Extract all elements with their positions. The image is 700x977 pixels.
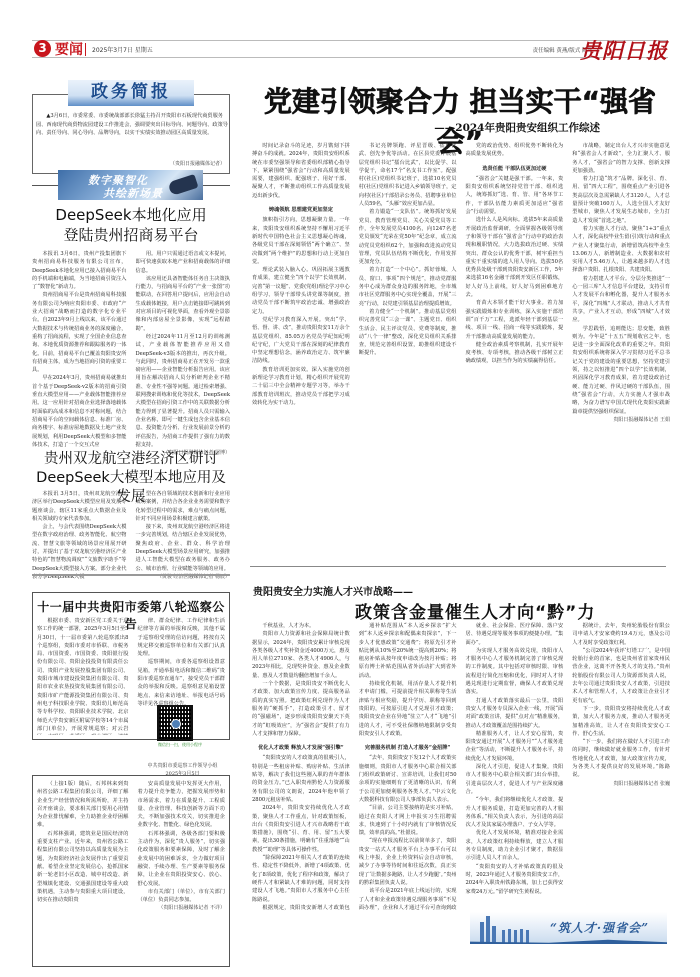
notice-signer: 中共贵阳市委巡察工作领导小组 [140,762,225,770]
paragraph: 着力健全“一个机制”。推动基层党组织完善党员“三会一课”、主题党日、组织生活会、… [359,308,457,358]
paragraph: 用。用户只需通过语音或文本提问，即可快速获取本地产业和招商载体的详细信息。 [136,250,231,275]
paragraph: “强省会”关键是强干部。一年来，贵阳贵安组织系统坚持党管干部、组织选人，统筹抓好… [466,175,564,216]
article1-title-line2: 登陆贵州招商易平台 [32,225,230,245]
page-number-badge: 3 [34,40,51,57]
page-header: 3 要闻 2025年3月7日 星期五 责任编辑 黄燕/版式 陈军 贵阳日报 [32,40,668,58]
subheading: 完善服务机制 打造人才服务“金招牌” [359,744,457,752]
person-icon [508,929,511,944]
paragraph: 旗帜指引方向，思想凝聚力量。一年来，贵阳贵安组织系统坚持不懈用习近平新时代中国特… [252,216,350,266]
paragraph: 通补贴范围从“本人返乡探亲”扩大到“本人返乡探亲和配偶来贵探亲”，下一步人才优惠… [359,622,457,680]
continuation-body: （上接1版）随后，石邦林来到贵州省公路工程集团有限公司，详细了解企业生产经营情况… [37,780,225,962]
main-col4: 市战略，制定出台人才兴市实施意见和“强省会人才新政”，全力汇聚人才、服务人才，“… [572,142,670,554]
person-icon [514,930,517,944]
paragraph: 千秋基业，人才为本。 [252,622,350,630]
building-icon [492,926,496,944]
qr-code[interactable] [157,705,193,741]
article1-col2: 用。用户只需通过语音或文本提问，即可快速获取本地产业和招商载体的详细信息。 该应… [136,250,231,457]
paragraph: 会上，与会代表围绕DeepSeek大模型在数字政府治理、政务智能化、航空物流、智… [32,523,127,581]
paragraph: 一个个数据，是贵阳贵安不断优化人才政策、加大政策宣传力度、提高服务品质的真实写照… [252,680,350,738]
person-icon [526,930,529,944]
paragraph: 持续优化机制，用活存量人才提升机才申请门槛，可提前提升相关职称等生活津贴与相应奖… [359,680,457,738]
main-col3: 党的政治优势、组织优势不断转化为高质量发展优势。 选贤任能 干部队伍更加过硬 “… [466,142,564,554]
article1-headline: DeepSeek本地化应用 登陆贵州招商易平台 [32,205,230,245]
brief-banner: 政务简报 [68,80,194,106]
paragraph: 为实现人才服务高效兑现，贵阳市人才服务中心人才服务机制完善了审核兑现的工作制度。… [466,647,564,697]
talent-article-credit: 贵阳日报融媒体记者 张巍 [572,780,670,788]
section-divider [85,43,86,56]
paragraph: 经过2024年11月至12月的训练测试，产业载体智能推荐应用又借DeepSeek… [136,333,231,449]
newspaper-logo: 贵阳日报 [580,35,668,65]
paragraph: “目前，公司主要接纳的是实习补贴，通过在贵阳人才网上申报实习生招聘需求，快速到了… [359,804,457,837]
paragraph: 育苗大本领才能干好大事业。着力加强实践锻炼和专业训练，深入实施干部培训“百千万”… [466,299,564,340]
paragraph: （上接1版）随后，石邦林来到贵州省公路工程集团有限公司，详细了解企业生产经营情况… [37,780,128,830]
paragraph: 石邦林强调，建筑业是国民经济的重要支柱产业。近年来，贵州省公路工程集团有限公司坚… [37,830,128,905]
building-icon [480,922,484,944]
paragraph: 学思践悟，追则能达；思变能，致胜则为。今年是“十五五”规划收官之年，也是进一步全… [572,325,670,416]
article2-col2: 型在各自领域的技术创新和行业应用成功案例，并结合各企业业务需要和数字化转型过程中… [136,490,231,581]
paragraph: 着力实施人才行动。聚焦“1+3”重点人才，深化高校毕业生留(引)筑行动和重点产业… [572,225,670,275]
article1-title-line1: DeepSeek本地化应用 [32,205,230,225]
main-article-credit: 贵阳日报融媒体记者 王娟 [572,416,670,424]
main-col2: 书记亮牌领跑、评星晋级、擂台比武、创先争优等活动。在区县党委开展基层党组织书记“… [359,142,457,554]
article1-body: 本报讯 3月6日，贵州产投集团旗下贵州招商易科技服务有限公司宣布，DeepSee… [32,250,230,457]
paragraph: 据统计，去年，贵州轮胎股份有限公司申请人才安家费约19.4万元，惠及公司人才及时… [572,622,670,647]
paragraph: “现在申报流程比以前简单多了，贵阳贵安一站式人才服务平台上办事平台可以线上申报，… [359,837,457,887]
section-name: 要闻 [55,39,83,59]
article2-title-line1: 贵州双龙航空港经济区研讨 [32,450,230,469]
paragraph: 书记亮牌领跑、评星晋级、擂台比武、创先争优等活动。在区县党委开展基层党组织书记“… [359,142,457,208]
paragraph: 精准服务人才，让人才安心留筑，贵阳贵安通过开展“人才服务月”“人才服务进企业”等… [466,730,564,763]
paragraph: 党的政治优势、组织优势不断转化为高质量发展优势。 [466,142,564,159]
paragraph: 时间记录奋斗的足迹，岁月镌刻下拼搏奋斗的成就。2024年，贵阳贵安组织系统在市委… [252,142,350,200]
qr-caption: 微信扫一扫，使用小程序 [158,742,228,748]
main-subheadline: ——2024年贵阳贵安组织工作综述 [250,120,670,135]
paragraph: 着力打造“一个中心”。抓好蓉城、人员、窗口、事项“四个规范”，推动党群服务中心成… [359,266,457,307]
paragraph: 健全政治素质考察机制，扎实开展年度考核、专项考核，推动各级干部树立正确政绩观，以… [466,341,564,366]
paragraph: 选什么人是风向标。选拔5年来高质量开展政治监督调研，全面掌握各级领导班子和领导干… [466,216,564,299]
paragraph: 市战略，制定出台人才兴市实施意见和“强省会人才新政”，全力汇聚人才、服务人才，“… [572,142,670,175]
paragraph: 接下来，贵州双龙航空港经济区将进一步完善规划，结合辖区企业发展优势，聚焦政府、企… [136,523,231,573]
paragraph: 石邦林强调，各级各部门要积极主动作为，深化“贵人服务”，切实强化政策服务和要素保… [137,830,225,888]
paragraph: 着力搭建人才平台。分层分类推进“一心一园三库”人才信息平台建设，支持引育人才发展… [572,275,670,325]
qr-logo-icon [171,719,181,729]
banner-slogan: “筑人才·强省会” [550,919,649,936]
building-icon [486,916,490,944]
article2-body: 本报讯 3月5日，贵州双龙航空港经济区举行DeepSeek大模型应用及发展专题座… [32,490,230,581]
paragraph: “今年，我们将继续优化人才政策、提升人才服务质量，打造更加完善的人才服务体系。”… [466,796,564,829]
brief-text: ▲3月6日，市委常委、市委统战部部长徐猛主持召开贵阳市石板现代商贸服务园、西南现… [36,112,228,138]
subheading: 铸魂领航 思想建党更加坚定 [252,206,350,214]
paragraph: 该平台是2021年底上线运行的，实现了人才和企业政策待遇兑现服务事项“不见面办理… [359,887,457,912]
continuation-col2: 安高质量发展中发挥更大作用，着力提升竞争能力，把握发展形势和市场需求，着力在质量… [137,780,225,962]
notice-col1: 根据市委、贵安新区党工委关于巡察工作的统一部署，2025年3月5日至5月30日，… [37,617,128,735]
talent-col3: 就业、社会保险、医疗保障、落户安居、待遇兑现等服务事项的便捷办理。“集面办”。 … [466,622,564,912]
notice-body: 根据市委、贵安新区党工委关于巡察工作的统一部署，2025年3月5日至5月30日，… [37,617,225,735]
wave-decoration [470,938,667,944]
newspaper-page: 3 要闻 2025年3月7日 星期五 责任编辑 黄燕/版式 陈军 贵阳日报 政务… [0,0,700,977]
issue-date: 2025年3月7日 星期五 [92,45,153,54]
paragraph: “下一步，我们将在做好人才引进工作的同时，继续做好就业服务工作，有针对性地优化人… [572,738,670,779]
paragraph: 深化人才引进，促进人才集聚，贵阳市人才服务中心联合相关部门出台举措，引进高层次人… [466,763,564,796]
paragraph: 该应用还具备智能体任务自主决策执行能力，与招商易平台的“产业一张图”功能联动，在… [136,275,231,333]
paragraph: 就业、社会保险、医疗保障、落户安居、待遇兑现等服务事项的便捷办理。“集面办”。 [466,622,564,647]
paragraph: 本报讯 3月6日，贵州产投集团旗下贵州招商易科技服务有限公司宣布，DeepSee… [32,250,127,291]
continuation-credit: （贵阳日报融媒体记者 不详） [137,904,225,912]
talent-headline: 政策含金量催生人才向“黔”力 [355,598,595,623]
subheading: 选贤任能 干部队伍更加过硬 [466,165,564,173]
paragraph: 本报讯 3月5日，贵州双龙航空港经济区举行DeepSeek大模型应用及发展专题座… [32,490,127,523]
paragraph: 理论武装入脑入心。巩固拓展主题教育成果，建立健全“四个以学”长效机制，完善“第一… [252,266,350,316]
paragraph: 根据规定，贵阳贵安新增人才政策包括产业人才和高校毕业生留(引)筑补贴、企业引入力… [252,904,350,912]
paragraph: 巡察期间，市委各巡察组设置意见箱，开通举报电话和微信二维码“贵阳市委巡察直通车”… [137,658,225,708]
paragraph: 着力打造“筑才”品牌。深化引、育、用、留“四大工程”，围绕重点产业引进各类高层次… [572,175,670,225]
ai-column-banner: 数字聚智化 共绘新场景 [58,170,203,200]
paragraph: “贵阳贵安的人才政策真的很吸引人，特别是一些租房补贴、购房补贴、生活津贴等，解决… [252,754,350,804]
brief-banner-title: 政务简报 [91,82,171,102]
talent-kicker: 贵阳贵安全力实施人才兴市战略—— [253,583,413,598]
paragraph: 律、群众纪律、工作纪律和生活纪律等方面的举报和反映，其他不属于巡察组受理的信访问… [137,617,225,658]
paragraph: 2024年，贵阳贵安持续优化人才政策，聚焦人才工作重点，针对政策短板，出台《贵阳… [252,804,350,854]
paragraph: 着力锻造“一支队伍”。统筹抓好发展党员、教育管理党员、关心关爱党员等工作，全年发… [359,208,457,266]
subheading: 优化人才政策 释放人才发展“强引擎” [252,744,350,752]
paragraph: 早在2024年3月，贵州招商易就推出首个基于DeepSeek-v2版本的招商引资… [32,374,127,449]
paragraph: 根据市委、贵安新区党工委关于巡察工作的统一部署，2025年3月5日至5月30日，… [37,617,128,735]
paragraph: 市有关部门（单位），市有关部门（单位）负责同志参加。 [137,888,225,905]
paragraph: 贵阳市人力资源和社会保障局统计数据显示，2024年，贵阳贵安累计审核兑现各类各级… [252,630,350,680]
person-icon [520,929,523,944]
paragraph: 型在各自领域的技术创新和行业应用成功案例，并结合各企业业务需要和数字化转型过程中… [136,490,231,523]
ai-banner-line2: 共绘新场景 [103,185,163,201]
person-icon [502,930,505,944]
paragraph: “贵阳贵安的人才补贴政策真的很及时，2023年通过人才服务贵阳贵安工作，2024… [466,863,564,896]
talent-col2: 通补贴范围从“本人返乡探亲”扩大到“本人返乡探亲和配偶来贵探亲”，下一步人才优惠… [359,622,457,912]
paragraph: 贵州招商易平台是贵州招商易科技服务有限公司为响应贵阳市委、市政府“产业大招商”战… [32,291,127,374]
section-divider [250,566,666,567]
paragraph: “除保障2021年相关人才政策的连续性、稳定性不降低外，新增了4项政策、优化了8… [252,854,350,904]
car-illustration-icon [168,174,199,196]
main-article-body: 时间记录奋斗的足迹，岁月镌刻下拼搏奋斗的成就。2024年，贵阳贵安组织系统在市委… [252,142,670,554]
paragraph: 党纪学习教育深入开展。突出“学、悟、督、讲、改”，推动贵阳贵安11万余个基层党组… [252,316,350,366]
article1-col1: 本报讯 3月6日，贵州产投集团旗下贵州招商易科技服务有限公司宣布，DeepSee… [32,250,127,457]
talent-article-body: 千秋基业，人才为本。 贵阳市人力资源和社会保障局统计数据显示，2024年，贵阳贵… [252,622,670,912]
paragraph: 下一步，贵阳贵安将持续优化人才政策，加大人才服务力度，推动人才服务更加精准高效，… [572,705,670,738]
main-col1: 时间记录奋斗的足迹，岁月镌刻下拼搏奋斗的成就。2024年，贵阳贵安组织系统在市委… [252,142,350,554]
paragraph: 打通人才政策落实最后一公里，贵阳贵安人才服务专员深入企业一线，开展“面对面”政策… [466,697,564,730]
paragraph: 安高质量发展中发挥更大作用，着力提升竞争能力，把握发展形势和市场需求，着力在质量… [137,780,225,830]
paragraph: “公司2024年获评‘灯塔工厂’，是中国轮胎行业的首家，也是贵州省首家贵州民营企… [572,647,670,705]
talent-slogan-banner: “筑人才·强省会” [470,912,667,944]
paragraph: “去年，贵阳贵安下发12个人才政策实施细则，贵阳市人才服务中心联合相关部门组织政… [359,754,457,804]
talent-col1: 千秋基业，人才为本。 贵阳市人力资源和社会保障局统计数据显示，2024年，贵阳贵… [252,622,350,912]
continuation-col1: （上接1版）随后，石邦林来到贵州省公路工程集团有限公司，详细了解企业生产经营情况… [37,780,128,962]
paragraph: 优化人才发展环境，精准对接企业需求，人才政策红利持续释放，建立人才服务专员制度，… [466,829,564,862]
paragraph: 教育培训更加实效。深入实施党的创新理论学习教育计划，精心组织开展党的二十届三中全… [252,366,350,407]
talent-col4: 据统计，去年，贵州轮胎股份有限公司申请人才安家费约19.4万元，惠及公司人才及时… [572,622,670,912]
article2-col1: 本报讯 3月5日，贵州双龙航空港经济区举行DeepSeek大模型应用及发展专题座… [32,490,127,581]
section-divider [32,574,230,576]
brief-credit: （贵阳日报融媒体记者） [170,160,225,167]
